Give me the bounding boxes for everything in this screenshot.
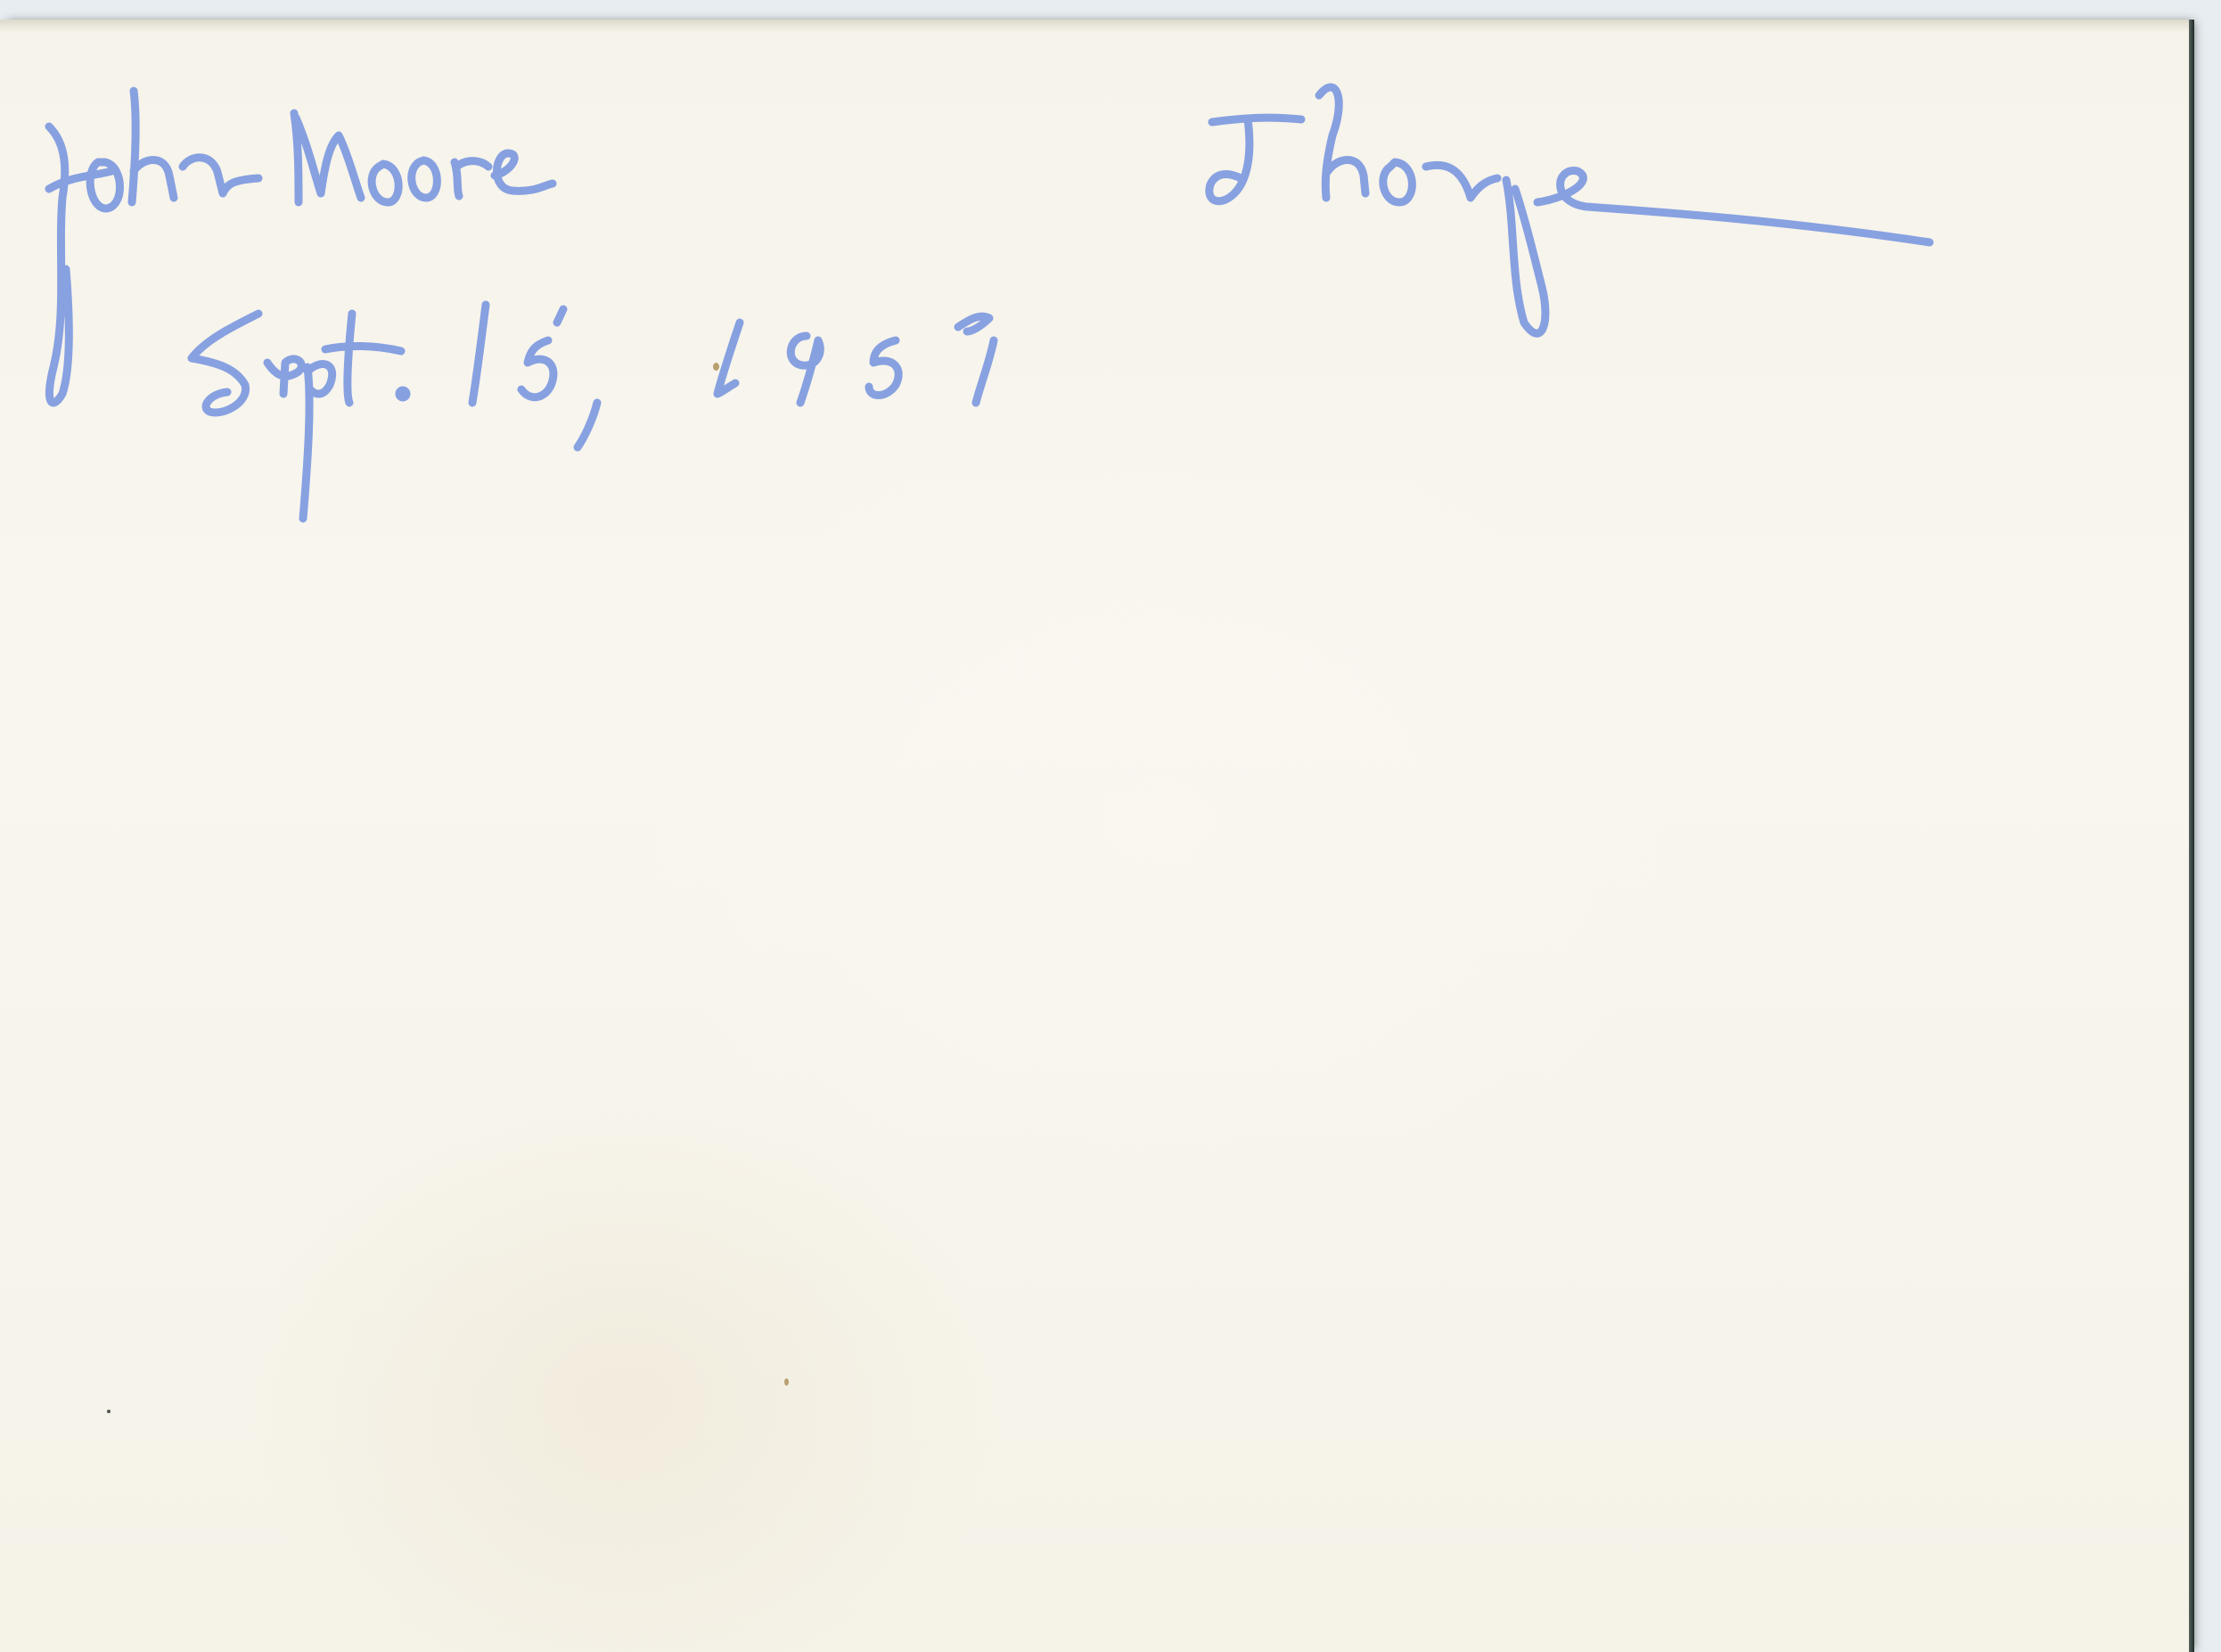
handwritten-inscription: John Moore Thorpe Sept. 15, 1951 [0,20,2191,643]
scanned-photo-back: John Moore Thorpe Sept. 15, 1951 [0,0,2221,1652]
photo-card-back: John Moore Thorpe Sept. 15, 1951 [0,20,2191,1652]
paper-speck [784,1378,789,1386]
inscription-name: John Moore Thorpe [98,135,1590,312]
inscription-date: Sept. 15, 1951 [223,340,1345,517]
handwriting-strokes [0,20,2191,643]
paper-speck [107,1410,111,1413]
paper-speck [713,363,719,371]
